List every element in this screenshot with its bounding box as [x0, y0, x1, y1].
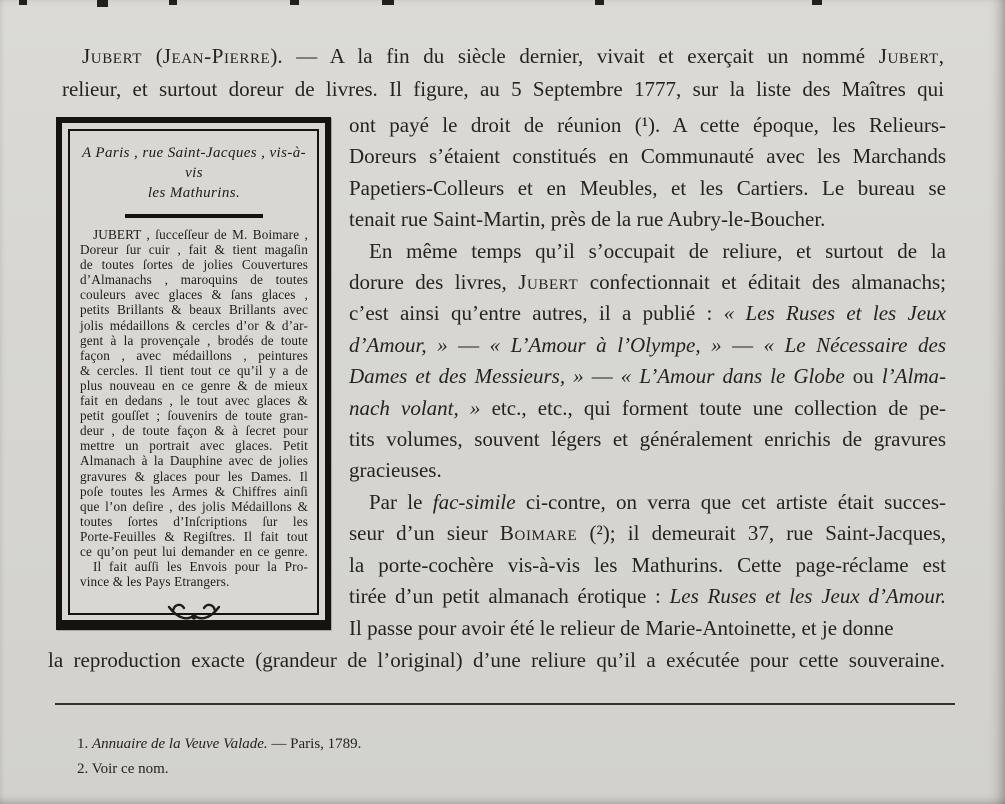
text-line: gracieuses.: [349, 455, 946, 486]
footnote-2: 2. Voir ce nom.: [77, 757, 955, 782]
text-line: relieur, et surtout doreur de livres. Il…: [62, 73, 944, 106]
text-line: dorure des livres, Jubert confectionnait…: [349, 267, 946, 298]
facsimile-inner-frame: A Paris , rue Saint-Jacques , vis-à-vis …: [68, 129, 319, 615]
text-line: fait en dedans , le tout avec glaces &: [80, 393, 308, 408]
text-line: Par le fac-simile ci-contre, on verra qu…: [349, 487, 946, 518]
scan-artifact: [19, 0, 27, 5]
text-line: petits Brillants & beaux Brillants avec: [80, 302, 308, 317]
text-line: ont payé le droit de réunion (¹). A cett…: [349, 110, 946, 141]
text-line: de toutes ſortes de jolies Couvertures: [80, 257, 308, 272]
text-line: gravures & glaces pour les Dames. Il: [80, 469, 308, 484]
closing-line: la reproduction exacte (grandeur de l’or…: [48, 645, 945, 675]
text-line: Dames et des Messieurs, » — « L’Amour da…: [349, 361, 946, 392]
text-line: toutes ſortes d’Inſcriptions ſur les: [80, 514, 308, 529]
intro-paragraph: Jubert (Jean-Pierre). — A la fin du sièc…: [62, 40, 944, 106]
text-line: les Mathurins.: [80, 183, 308, 203]
fleuron-ornament: [80, 598, 308, 629]
text-line: Almanach à la Dauphine avec de jolies: [80, 453, 308, 468]
text-line: jolis médaillons & cercles d’or & d’ar-: [80, 318, 308, 333]
text-line: plus nouveau en ce genre & de mieux: [80, 378, 308, 393]
scan-artifact: [595, 0, 604, 5]
text-line: d’Amour, » — « L’Amour à l’Olympe, » — «…: [349, 330, 946, 361]
text-line: deur , de toute façon & à ſecret pour: [80, 423, 308, 438]
text-line: Papetiers-Colleurs et en Meubles, et les…: [349, 173, 946, 204]
facsimile-address-header: A Paris , rue Saint-Jacques , vis-à-vis …: [80, 143, 308, 203]
text-line: la porte-cochère vis-à-vis les Mathurins…: [349, 550, 946, 581]
fleuron-icon: [163, 598, 225, 624]
text-line: tirée d’un petit almanach érotique : Les…: [349, 581, 946, 612]
facsimile-body: JUBERT , ſucceſſeur de M. Boimare , Dore…: [80, 227, 308, 589]
text-line: tits volumes, souvent légers et générale…: [349, 424, 946, 455]
facsimile-divider-rule: [125, 214, 263, 218]
footnotes-section: 1. Annuaire de la Veuve Valade. — Paris,…: [55, 703, 955, 782]
text-line: nach volant, » etc., etc., qui forment t…: [349, 393, 946, 424]
scan-artifact: [812, 0, 822, 5]
text-line: poſe toutes les Armes & Chiffres ainſi: [80, 484, 308, 499]
text-line: tenait rue Saint-Martin, près de la rue …: [349, 204, 946, 235]
text-line: façon , avec médaillons , peintures: [80, 348, 308, 363]
text-line: d’Almanachs , maroquins de toutes: [80, 272, 308, 287]
text-line: Doreurs s’étaient constitués en Communau…: [349, 141, 946, 172]
text-line: A Paris , rue Saint-Jacques , vis-à-vis: [80, 143, 308, 183]
text-line: couleurs avec glaces & ſans glaces ,: [80, 287, 308, 302]
text-line: Il fait auſſi les Envois pour la Pro-: [80, 559, 308, 574]
facsimile-advert-box: A Paris , rue Saint-Jacques , vis-à-vis …: [56, 117, 331, 630]
footnote-1: 1. Annuaire de la Veuve Valade. — Paris,…: [77, 732, 955, 757]
text-line: & cercles. Il tient tout ce qu’il y a de: [80, 363, 308, 378]
text-line: Jubert (Jean-Pierre). — A la fin du sièc…: [62, 40, 944, 73]
text-line: mettre un portrait avec glaces. Petit: [80, 438, 308, 453]
scan-artifact: [290, 0, 299, 5]
text-line: vince & les Pays Etrangers.: [80, 574, 308, 589]
scan-artifact: [382, 0, 394, 5]
text-line: petit gouſſet ; ſouvenirs de toute gran-: [80, 408, 308, 423]
text-line: ce qu’on peut lui demander en ce genre.: [80, 544, 308, 559]
scan-artifact: [169, 0, 177, 5]
text-line: En même temps qu’il s’occupait de reliur…: [349, 236, 946, 267]
scan-artifact: [97, 0, 108, 7]
text-line: Porte-Feuilles & Regiſtres. Il fait tout: [80, 529, 308, 544]
text-line: Il passe pour avoir été le relieur de Ma…: [349, 613, 946, 644]
text-line: c’est ainsi qu’entre autres, il a publié…: [349, 298, 946, 329]
text-line: que l’on deſire , des jolis Médaillons &: [80, 499, 308, 514]
footnote-rule: [55, 703, 955, 705]
text-line: JUBERT , ſucceſſeur de M. Boimare ,: [80, 227, 308, 242]
body-column: ont payé le droit de réunion (¹). A cett…: [349, 110, 946, 644]
text-line: seur d’un sieur Boimare (²); il demeurai…: [349, 518, 946, 549]
text-line: Doreur ſur cuir , fait & tient magaſin: [80, 242, 308, 257]
text-line: gent à la provençale , brodés de toute: [80, 333, 308, 348]
book-page-scan: Jubert (Jean-Pierre). — A la fin du sièc…: [0, 0, 1005, 804]
